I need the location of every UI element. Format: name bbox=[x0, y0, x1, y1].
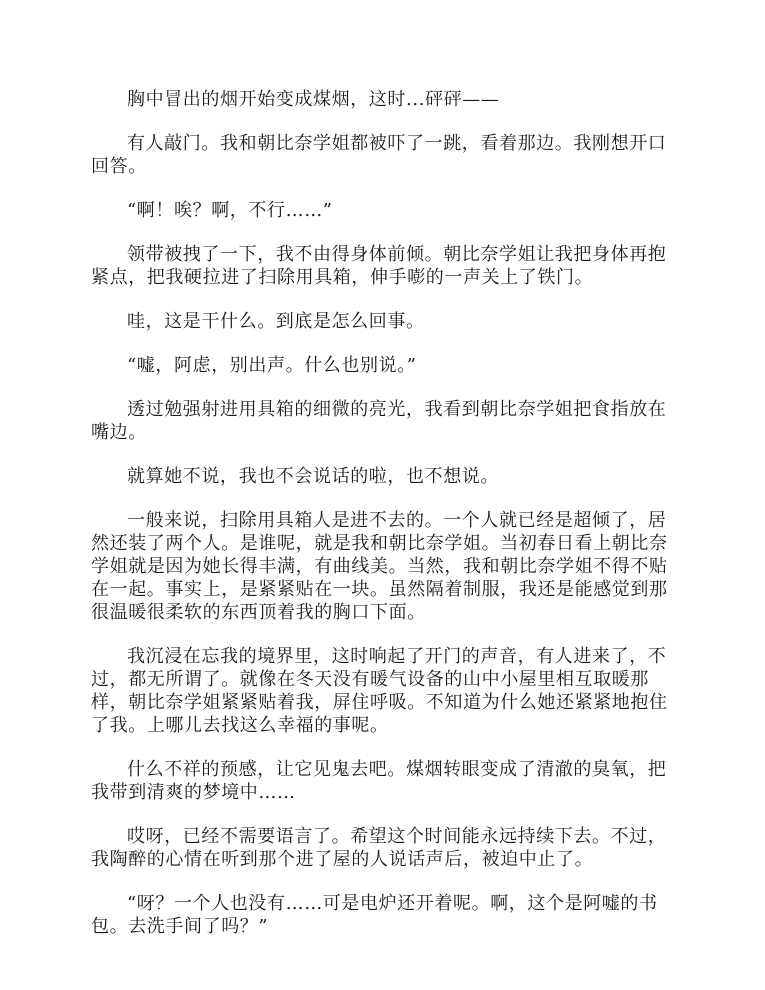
text-line: 有人敲门。我和朝比奈学姐都被吓了一跳，看着那边。我刚想开口 bbox=[91, 132, 676, 155]
text-line: 我陶醉的心情在听到那个进了屋的人说话声后，被迫中止了。 bbox=[91, 848, 676, 871]
text-line: 紧点，把我硬拉进了扫除用具箱，伸手嘭的一声关上了铁门。 bbox=[91, 266, 676, 289]
text-line: 回答。 bbox=[91, 155, 676, 178]
paragraph: 哎呀，已经不需要语言了。希望这个时间能永远持续下去。不过， 我陶醉的心情在听到那… bbox=[91, 825, 676, 871]
text-line: 了我。上哪儿去找这么幸福的事呢。 bbox=[91, 714, 676, 737]
paragraph: “嘘，阿虑，别出声。什么也别说。” bbox=[91, 354, 676, 377]
paragraph: 哇，这是干什么。到底是怎么回事。 bbox=[91, 310, 676, 333]
paragraph: 胸中冒出的烟开始变成煤烟，这时...砰砰—— bbox=[91, 88, 676, 111]
text-line: “啊！唉？啊，不行……” bbox=[91, 199, 676, 222]
text-line: 透过勉强射进用具箱的细微的亮光，我看到朝比奈学姐把食指放在 bbox=[91, 398, 676, 421]
text-line: “呀？一个人也没有……可是电炉还开着呢。啊，这个是阿嘘的书 bbox=[91, 892, 676, 915]
paragraph: “呀？一个人也没有……可是电炉还开着呢。啊，这个是阿嘘的书 包。去洗手间了吗？” bbox=[91, 892, 676, 938]
text-line: 学姐就是因为她长得丰满，有曲线美。当然，我和朝比奈学姐不得不贴 bbox=[91, 555, 676, 578]
paragraph: 有人敲门。我和朝比奈学姐都被吓了一跳，看着那边。我刚想开口 回答。 bbox=[91, 132, 676, 178]
text-line: 哇，这是干什么。到底是怎么回事。 bbox=[91, 310, 676, 333]
text-line: 胸中冒出的烟开始变成煤烟，这时...砰砰—— bbox=[91, 88, 676, 111]
text-line: 在一起。事实上，是紧紧贴在一块。虽然隔着制服，我还是能感觉到那 bbox=[91, 578, 676, 601]
text-line: 过，都无所谓了。就像在冬天没有暖气设备的山中小屋里相互取暖那 bbox=[91, 668, 676, 691]
paragraph: 就算她不说，我也不会说话的啦，也不想说。 bbox=[91, 465, 676, 488]
paragraph: 我沉浸在忘我的境界里，这时响起了开门的声音，有人进来了，不 过，都无所谓了。就像… bbox=[91, 645, 676, 737]
paragraph: 透过勉强射进用具箱的细微的亮光，我看到朝比奈学姐把食指放在 嘴边。 bbox=[91, 398, 676, 444]
paragraph: 一般来说，扫除用具箱人是进不去的。一个人就已经是超倾了，居 然还装了两个人。是谁… bbox=[91, 509, 676, 624]
text-line: 然还装了两个人。是谁呢，就是我和朝比奈学姐。当初春日看上朝比奈 bbox=[91, 532, 676, 555]
text-line: 就算她不说，我也不会说话的啦，也不想说。 bbox=[91, 465, 676, 488]
paragraph: “啊！唉？啊，不行……” bbox=[91, 199, 676, 222]
text-line: 一般来说，扫除用具箱人是进不去的。一个人就已经是超倾了，居 bbox=[91, 509, 676, 532]
text-line: 什么不祥的预感，让它见鬼去吧。煤烟转眼变成了清澈的臭氧，把 bbox=[91, 758, 676, 781]
text-line: 嘴边。 bbox=[91, 421, 676, 444]
text-line: 包。去洗手间了吗？” bbox=[91, 915, 676, 938]
text-line: 领带被拽了一下，我不由得身体前倾。朝比奈学姐让我把身体再抱 bbox=[91, 243, 676, 266]
text-line: “嘘，阿虑，别出声。什么也别说。” bbox=[91, 354, 676, 377]
text-line: 样，朝比奈学姐紧紧贴着我，屏住呼吸。不知道为什么她还紧紧地抱住 bbox=[91, 691, 676, 714]
text-line: 哎呀，已经不需要语言了。希望这个时间能永远持续下去。不过， bbox=[91, 825, 676, 848]
text-line: 我带到清爽的梦境中…… bbox=[91, 781, 676, 804]
text-line: 很温暖很柔软的东西顶着我的胸口下面。 bbox=[91, 601, 676, 624]
paragraph: 什么不祥的预感，让它见鬼去吧。煤烟转眼变成了清澈的臭氧，把 我带到清爽的梦境中…… bbox=[91, 758, 676, 804]
document-page: 胸中冒出的烟开始变成煤烟，这时...砰砰—— 有人敲门。我和朝比奈学姐都被吓了一… bbox=[91, 88, 676, 959]
text-line: 我沉浸在忘我的境界里，这时响起了开门的声音，有人进来了，不 bbox=[91, 645, 676, 668]
paragraph: 领带被拽了一下，我不由得身体前倾。朝比奈学姐让我把身体再抱 紧点，把我硬拉进了扫… bbox=[91, 243, 676, 289]
